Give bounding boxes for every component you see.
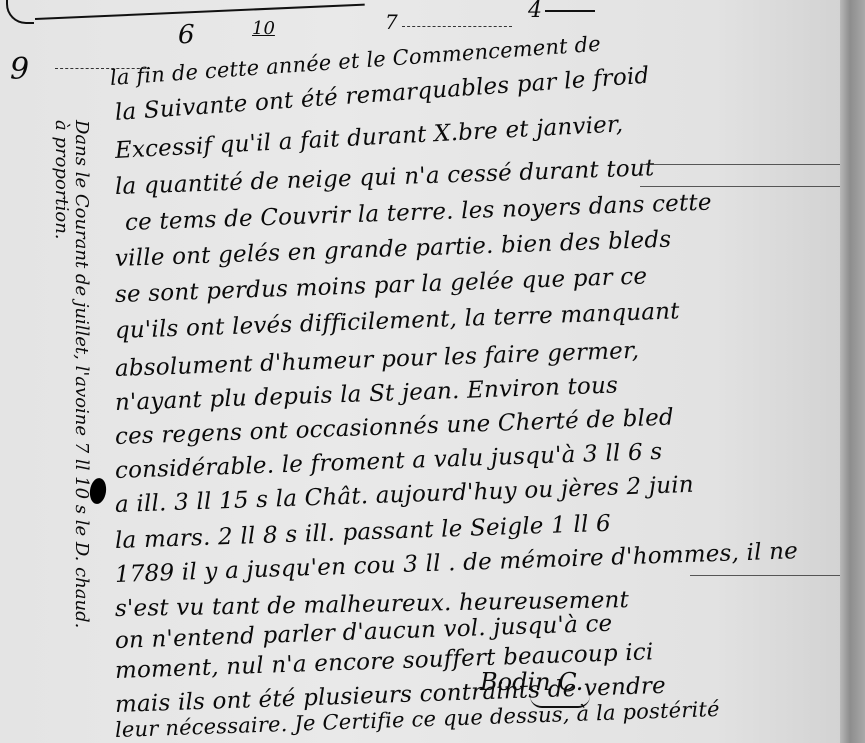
ruled-line xyxy=(640,186,840,187)
margin-note: à proportion. xyxy=(51,120,72,240)
header-number: 4 xyxy=(528,0,542,23)
ink-flourish xyxy=(6,0,34,24)
manuscript-page: 6 10 7 4 9 la fin de cette année et le C… xyxy=(0,0,840,743)
text-line: la quantité de neige qui n'a cessé duran… xyxy=(115,155,655,200)
signature-flourish xyxy=(530,696,590,708)
margin-note: Dans le Courant de juillet, l'avoine 7 l… xyxy=(71,120,92,628)
ruled-line xyxy=(690,575,840,576)
ruled-line xyxy=(640,164,840,165)
dash-rule xyxy=(545,10,595,12)
header-number: 7 xyxy=(385,10,398,34)
header-rule xyxy=(35,4,365,20)
text-line: qu'ils ont levés difficilement, la terre… xyxy=(115,298,681,344)
signature: Bodin C. xyxy=(480,668,583,696)
header-number: 10 xyxy=(252,18,275,39)
binding-edge xyxy=(840,0,865,743)
header-number: 6 xyxy=(178,20,195,50)
dash-rule xyxy=(402,26,512,27)
entry-number: 9 xyxy=(10,52,29,87)
